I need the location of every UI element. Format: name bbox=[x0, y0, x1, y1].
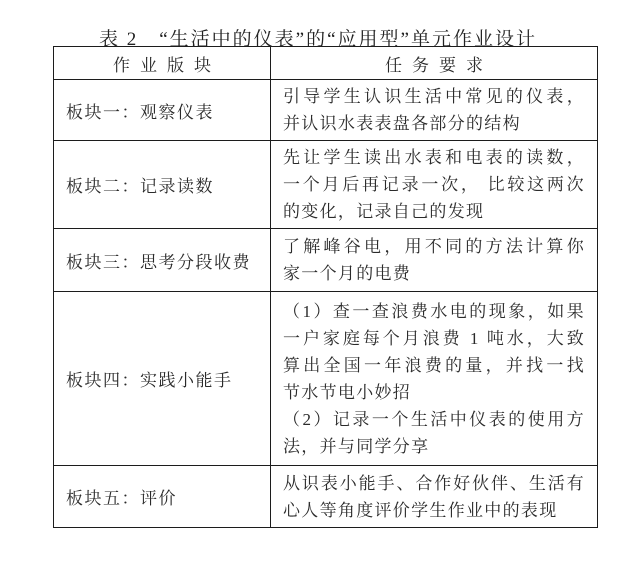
task-line: 节水节电小妙招 bbox=[283, 379, 585, 406]
task-line: 并认识水表表盘各部分的结构 bbox=[283, 110, 585, 137]
assignment-design-table: 作业版块 任务要求 板块一：观察仪表引导学生认识生活中常见的仪表，并认识水表表盘… bbox=[53, 46, 598, 528]
task-line: （1）查一查浪费水电的现象，如果 bbox=[283, 298, 585, 325]
task-line: （2）记录一个生活中仪表的使用方 bbox=[283, 406, 585, 433]
task-line: 一户家庭每个月浪费 1 吨水，大致 bbox=[283, 325, 585, 352]
table-row: 板块五：评价从识表小能手、合作好伙伴、生活有心人等角度评价学生作业中的表现 bbox=[54, 466, 598, 528]
task-line: 心人等角度评价学生作业中的表现 bbox=[283, 497, 585, 524]
task-line: 家一个月的电费 bbox=[283, 260, 585, 287]
task-line: 法，并与同学分享 bbox=[283, 433, 585, 460]
table-row: 板块一：观察仪表引导学生认识生活中常见的仪表，并认识水表表盘各部分的结构 bbox=[54, 80, 598, 141]
task-cell: 了解峰谷电，用不同的方法计算你家一个月的电费 bbox=[271, 229, 598, 292]
task-line: 算出全国一年浪费的量，并找一找 bbox=[283, 352, 585, 379]
module-cell: 板块一：观察仪表 bbox=[54, 80, 271, 141]
document-page: 表 2 “生活中的仪表”的“应用型”单元作业设计 作业版块 任务要求 板块一：观… bbox=[0, 0, 636, 568]
table-row: 板块四：实践小能手（1）查一查浪费水电的现象，如果一户家庭每个月浪费 1 吨水，… bbox=[54, 292, 598, 466]
module-cell: 板块五：评价 bbox=[54, 466, 271, 528]
task-line: 从识表小能手、合作好伙伴、生活有 bbox=[283, 470, 585, 497]
task-cell: 从识表小能手、合作好伙伴、生活有心人等角度评价学生作业中的表现 bbox=[271, 466, 598, 528]
task-cell: 先让学生读出水表和电表的读数，一个月后再记录一次， 比较这两次的变化，记录自己的… bbox=[271, 141, 598, 229]
task-cell: （1）查一查浪费水电的现象，如果一户家庭每个月浪费 1 吨水，大致算出全国一年浪… bbox=[271, 292, 598, 466]
module-cell: 板块三：思考分段收费 bbox=[54, 229, 271, 292]
header-row: 作业版块 任务要求 bbox=[54, 47, 598, 80]
table-row: 板块三：思考分段收费了解峰谷电，用不同的方法计算你家一个月的电费 bbox=[54, 229, 598, 292]
module-cell: 板块二：记录读数 bbox=[54, 141, 271, 229]
task-line: 引导学生认识生活中常见的仪表， bbox=[283, 83, 585, 110]
task-line: 一个月后再记录一次， 比较这两次 bbox=[283, 171, 585, 198]
module-cell: 板块四：实践小能手 bbox=[54, 292, 271, 466]
column-header-module: 作业版块 bbox=[54, 47, 271, 80]
table-body: 板块一：观察仪表引导学生认识生活中常见的仪表，并认识水表表盘各部分的结构板块二：… bbox=[54, 80, 598, 528]
column-header-task: 任务要求 bbox=[271, 47, 598, 80]
task-line: 的变化，记录自己的发现 bbox=[283, 198, 585, 225]
task-line: 先让学生读出水表和电表的读数， bbox=[283, 144, 585, 171]
task-line: 了解峰谷电，用不同的方法计算你 bbox=[283, 233, 585, 260]
table-caption: 表 2 “生活中的仪表”的“应用型”单元作业设计 bbox=[0, 0, 636, 46]
table-row: 板块二：记录读数先让学生读出水表和电表的读数，一个月后再记录一次， 比较这两次的… bbox=[54, 141, 598, 229]
task-cell: 引导学生认识生活中常见的仪表，并认识水表表盘各部分的结构 bbox=[271, 80, 598, 141]
